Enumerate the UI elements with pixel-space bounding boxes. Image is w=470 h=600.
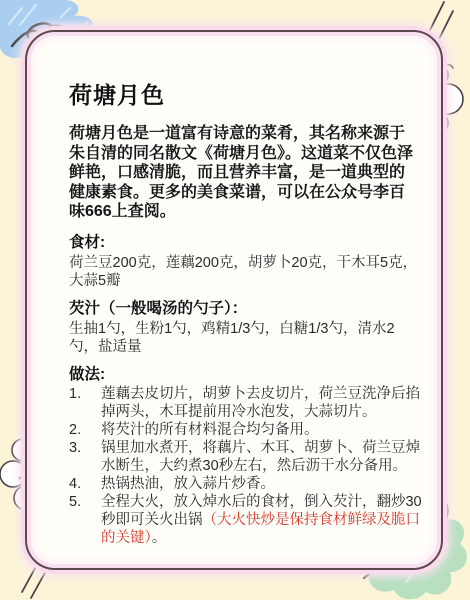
sauce-heading: 芡汁（一般喝汤的勺子）： <box>69 300 421 318</box>
sauce-text: 生抽1勺，生粉1勺，鸡精1/3勺，白糖1/3勺，清水2勺，盐适量 <box>69 320 421 356</box>
step-text: 将芡汁的所有材料混合均匀备用。 <box>101 421 427 439</box>
page-title: 荷塘月色 <box>69 82 421 108</box>
recipe-page: { "colors": { "page_bg": "#FBF4D7", "car… <box>0 0 470 600</box>
method-heading: 做法: <box>69 366 421 384</box>
step-text: 莲藕去皮切片，胡萝卜去皮切片，荷兰豆洗净后掐掉两头，木耳提前用冷水泡发，大蒜切片… <box>101 385 427 421</box>
method-step: 3. 锅里加水煮开，将藕片、木耳、胡萝卜、荷兰豆焯水断生，大约煮30秒左右，然后… <box>69 439 421 475</box>
step-text: 热锅热油，放入蒜片炒香。 <box>101 475 427 493</box>
method-step: 5. 全程大火，放入焯水后的食材，倒入芡汁，翻炒30秒即可关火出锅（大火快炒是保… <box>69 493 421 547</box>
method-step: 2. 将芡汁的所有材料混合均匀备用。 <box>69 421 421 439</box>
step-text-main: 将芡汁的所有材料混合均匀备用。 <box>101 422 319 438</box>
step-text-suffix: 。 <box>152 530 167 546</box>
step-text-main: 莲藕去皮切片，胡萝卜去皮切片，荷兰豆洗净后掐掉两头，木耳提前用冷水泡发，大蒜切片… <box>101 386 420 420</box>
step-text-main: 锅里加水煮开，将藕片、木耳、胡萝卜、荷兰豆焯水断生，大约煮30秒左右，然后沥干水… <box>101 440 420 474</box>
ingredients-text: 荷兰豆200克，莲藕200克，胡萝卜20克，干木耳5克，大蒜5瓣 <box>69 254 421 290</box>
method-steps: 1. 莲藕去皮切片，胡萝卜去皮切片，荷兰豆洗净后掐掉两头，木耳提前用冷水泡发，大… <box>69 385 421 547</box>
method-step: 1. 莲藕去皮切片，胡萝卜去皮切片，荷兰豆洗净后掐掉两头，木耳提前用冷水泡发，大… <box>69 385 421 421</box>
step-text-main: 热锅热油，放入蒜片炒香。 <box>101 476 275 492</box>
step-number: 3. <box>69 439 101 457</box>
recipe-content: 荷塘月色 荷塘月色是一道富有诗意的菜肴，其名称来源于朱自清的同名散文《荷塘月色》… <box>69 82 421 558</box>
step-number: 2. <box>69 421 101 439</box>
ingredients-heading: 食材: <box>69 234 421 252</box>
step-number: 1. <box>69 385 101 403</box>
step-number: 5. <box>69 493 101 511</box>
step-text: 锅里加水煮开，将藕片、木耳、胡萝卜、荷兰豆焯水断生，大约煮30秒左右，然后沥干水… <box>101 439 427 475</box>
step-text: 全程大火，放入焯水后的食材，倒入芡汁，翻炒30秒即可关火出锅（大火快炒是保持食材… <box>101 493 427 547</box>
step-number: 4. <box>69 475 101 493</box>
intro-paragraph: 荷塘月色是一道富有诗意的菜肴，其名称来源于朱自清的同名散文《荷塘月色》。这道菜不… <box>69 124 419 222</box>
method-step: 4. 热锅热油，放入蒜片炒香。 <box>69 475 421 493</box>
recipe-card: 荷塘月色 荷塘月色是一道富有诗意的菜肴，其名称来源于朱自清的同名散文《荷塘月色》… <box>25 30 443 570</box>
